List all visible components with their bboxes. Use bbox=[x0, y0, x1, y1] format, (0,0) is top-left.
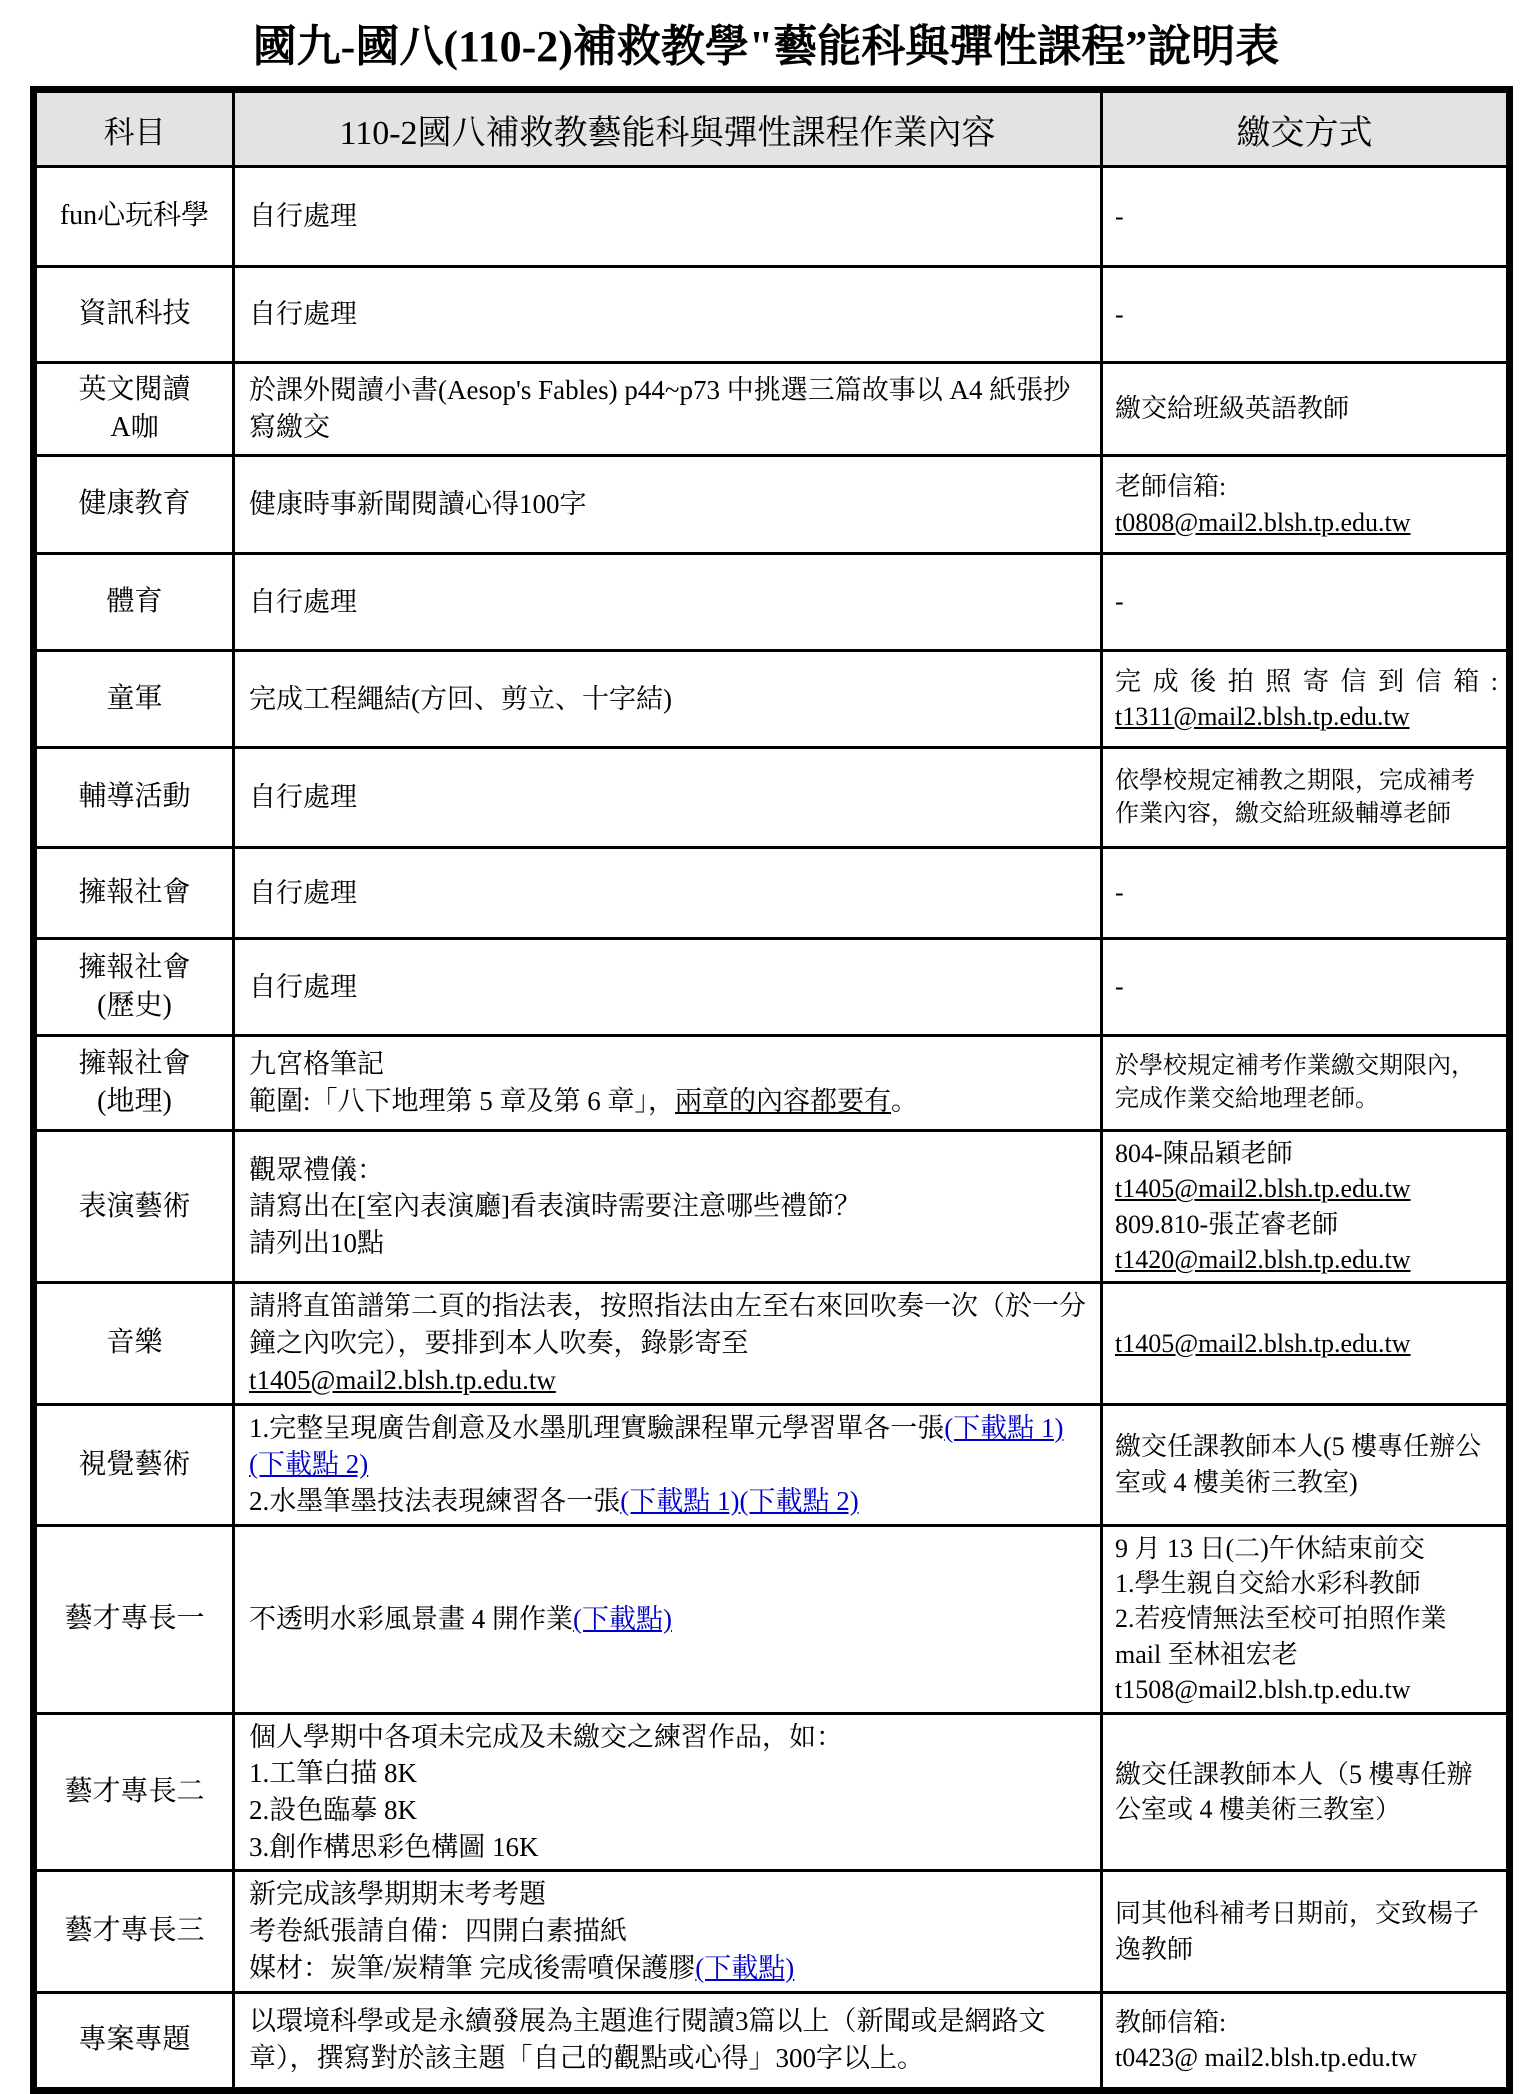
table-row: 擁報社會(地理)九宮格筆記範圍:「八下地理第 5 章及第 6 章」，兩章的內容都… bbox=[34, 1036, 1510, 1131]
text: 9 月 13 日(二)午休結束前交 bbox=[1115, 1534, 1425, 1563]
submission-cell: - bbox=[1102, 267, 1510, 363]
text-line: 擁報社會 bbox=[41, 874, 228, 912]
text-line: 自行處理 bbox=[249, 969, 1088, 1006]
text-line: (地理) bbox=[41, 1083, 228, 1121]
subject-cell: 擁報社會 bbox=[34, 848, 234, 939]
text-line: 童軍 bbox=[41, 680, 228, 718]
text: 繳交任課教師本人（5 樓專任辦公室或 4 樓美術三教室） bbox=[1115, 1760, 1473, 1824]
text-line: 媒材：炭筆/炭精筆 完成後需噴保護膠(下載點) bbox=[249, 1950, 1088, 1987]
text: 範圍:「八下地理第 5 章及第 6 章」， bbox=[249, 1086, 675, 1116]
content-cell: 新完成該學期期末考考題考卷紙張請自備：四開白素描紙媒材：炭筆/炭精筆 完成後需噴… bbox=[234, 1871, 1102, 1992]
underlined-text: 兩章的內容都要有 bbox=[675, 1086, 891, 1116]
text-line: t1508@mail2.blsh.tp.edu.tw bbox=[1115, 1672, 1498, 1707]
subject-cell: 藝才專長二 bbox=[34, 1713, 234, 1871]
subject-cell: 童軍 bbox=[34, 651, 234, 748]
text: 804-陳品穎老師 bbox=[1115, 1139, 1293, 1168]
text-line: 表演藝術 bbox=[41, 1188, 228, 1226]
text-line: 教師信箱: bbox=[1115, 2005, 1498, 2040]
download-link[interactable]: (下載點 2) bbox=[249, 1449, 368, 1479]
text: 體育 bbox=[106, 586, 162, 617]
text-line: mail 至林祖宏老 bbox=[1115, 1637, 1498, 1672]
text-line: fun心玩科學 bbox=[41, 197, 228, 235]
text: 健康教育 bbox=[78, 488, 190, 519]
text-line: 請寫出在[室內表演廳]看表演時需要注意哪些禮節？ bbox=[249, 1188, 1088, 1225]
text-line: 觀眾禮儀： bbox=[249, 1152, 1088, 1189]
text-line: 繳交給班級英語教師 bbox=[1115, 391, 1498, 426]
submission-cell: 繳交給班級英語教師 bbox=[1102, 363, 1510, 456]
text: 英文閱讀 bbox=[78, 374, 190, 405]
table-row: 資訊科技自行處理- bbox=[34, 267, 1510, 363]
text: 藝才專長二 bbox=[64, 1776, 204, 1807]
subject-cell: 健康教育 bbox=[34, 456, 234, 554]
text-line: - bbox=[1115, 875, 1498, 910]
text-line: 體育 bbox=[41, 583, 228, 621]
text-line: 2.若疫情無法至校可拍照作業 bbox=[1115, 1601, 1498, 1636]
text-line: 1.完整呈現廣告創意及水墨肌理實驗課程單元學習單各一張(下載點 1) bbox=[249, 1410, 1088, 1447]
text-line: 九宮格筆記 bbox=[249, 1046, 1088, 1083]
text-line: (下載點 2) bbox=[249, 1446, 1088, 1483]
table-row: 專案專題以環境科學或是永續發展為主題進行閱讀3篇以上（新聞或是網路文章），撰寫對… bbox=[34, 1992, 1510, 2090]
table-row: fun心玩科學自行處理- bbox=[34, 167, 1510, 267]
text-line: 自行處理 bbox=[249, 198, 1088, 235]
table-row: 輔導活動自行處理依學校規定補教之期限，完成補考作業內容，繳交給班級輔導老師 bbox=[34, 748, 1510, 848]
subject-cell: 擁報社會(歷史) bbox=[34, 939, 234, 1036]
text: 藝才專長一 bbox=[64, 1603, 204, 1634]
submission-cell: 9 月 13 日(二)午休結束前交1.學生親自交給水彩科教師2.若疫情無法至校可… bbox=[1102, 1525, 1510, 1713]
text: 1.工筆白描 8K bbox=[249, 1758, 417, 1788]
text-line: 新完成該學期期末考考題 bbox=[249, 1876, 1088, 1913]
text: t0423@ mail2.blsh.tp.edu.tw bbox=[1115, 2043, 1417, 2072]
text: 視覺藝術 bbox=[78, 1449, 190, 1480]
text-line: 自行處理 bbox=[249, 875, 1088, 912]
text-line: A咖 bbox=[41, 409, 228, 447]
text: 完成工程繩結(方回、剪立、十字結) bbox=[249, 684, 672, 714]
text-line: 音樂 bbox=[41, 1324, 228, 1362]
text: 自行處理 bbox=[249, 201, 357, 231]
content-cell: 請將直笛譜第二頁的指法表，按照指法由左至右來回吹奏一次（於一分鐘之內吹完），要排… bbox=[234, 1283, 1102, 1404]
content-cell: 1.完整呈現廣告創意及水墨肌理實驗課程單元學習單各一張(下載點 1)(下載點 2… bbox=[234, 1404, 1102, 1525]
submission-cell: 老師信箱:t0808@mail2.blsh.tp.edu.tw bbox=[1102, 456, 1510, 554]
text: 同其他科補考日期前，交致楊子逸教師 bbox=[1115, 1899, 1479, 1963]
text: 於學校規定補考作業繳交期限內，完成作業交給地理老師。 bbox=[1115, 1053, 1475, 1112]
underlined-text: t1405@mail2.blsh.tp.edu.tw bbox=[249, 1365, 556, 1395]
text: 請列出10點 bbox=[249, 1228, 384, 1258]
header-subject: 科目 bbox=[34, 90, 234, 167]
submission-cell: 依學校規定補教之期限，完成補考作業內容，繳交給班級輔導老師 bbox=[1102, 748, 1510, 848]
text-line: - bbox=[1115, 969, 1498, 1004]
text-line: (歷史) bbox=[41, 987, 228, 1025]
subject-cell: 音樂 bbox=[34, 1283, 234, 1404]
text-line: 擁報社會 bbox=[41, 949, 228, 987]
text: 3.創作構思彩色構圖 16K bbox=[249, 1832, 539, 1862]
text-line: 資訊科技 bbox=[41, 295, 228, 333]
content-cell: 於課外閱讀小書(Aesop's Fables) p44~p73 中挑選三篇故事以… bbox=[234, 363, 1102, 456]
text-line: 9 月 13 日(二)午休結束前交 bbox=[1115, 1531, 1498, 1566]
text-line: 804-陳品穎老師 bbox=[1115, 1136, 1498, 1171]
text-line: 依學校規定補教之期限，完成補考作業內容，繳交給班級輔導老師 bbox=[1115, 765, 1498, 830]
content-cell: 九宮格筆記範圍:「八下地理第 5 章及第 6 章」，兩章的內容都要有。 bbox=[234, 1036, 1102, 1131]
text-line: 專案專題 bbox=[41, 2021, 228, 2059]
table-row: 體育自行處理- bbox=[34, 554, 1510, 651]
text: (地理) bbox=[97, 1086, 172, 1117]
content-cell: 自行處理 bbox=[234, 939, 1102, 1036]
text-line: 請列出10點 bbox=[249, 1225, 1088, 1262]
submission-cell: - bbox=[1102, 554, 1510, 651]
text: 1.完整呈現廣告創意及水墨肌理實驗課程單元學習單各一張 bbox=[249, 1413, 944, 1443]
text-line: 於學校規定補考作業繳交期限內，完成作業交給地理老師。 bbox=[1115, 1050, 1498, 1115]
text: 個人學期中各項未完成及未繳交之練習作品，如： bbox=[249, 1722, 843, 1752]
text-line: 個人學期中各項未完成及未繳交之練習作品，如： bbox=[249, 1719, 1088, 1756]
underlined-text: t1405@mail2.blsh.tp.edu.tw bbox=[1115, 1329, 1410, 1358]
text-line: 輔導活動 bbox=[41, 778, 228, 816]
text: 擁報社會 bbox=[78, 1048, 190, 1079]
text-line: - bbox=[1115, 297, 1498, 332]
submission-cell: 繳交任課教師本人（5 樓專任辦公室或 4 樓美術三教室） bbox=[1102, 1713, 1510, 1871]
download-link[interactable]: (下載點 2) bbox=[739, 1486, 858, 1516]
text: mail 至林祖宏老 bbox=[1115, 1640, 1298, 1669]
subject-cell: 擁報社會(地理) bbox=[34, 1036, 234, 1131]
content-cell: 個人學期中各項未完成及未繳交之練習作品，如：1.工筆白描 8K2.設色臨摹 8K… bbox=[234, 1713, 1102, 1871]
text: 完成後拍照寄信到信箱: bbox=[1115, 667, 1498, 696]
content-cell: 自行處理 bbox=[234, 554, 1102, 651]
text-line: t0808@mail2.blsh.tp.edu.tw bbox=[1115, 505, 1498, 540]
download-link[interactable]: (下載點) bbox=[695, 1953, 794, 1983]
text: 繳交給班級英語教師 bbox=[1115, 394, 1349, 423]
text: 表演藝術 bbox=[78, 1191, 190, 1222]
subject-cell: 藝才專長一 bbox=[34, 1525, 234, 1713]
text: 媒材：炭筆/炭精筆 完成後需噴保護膠 bbox=[249, 1953, 695, 1983]
submission-cell: 完成後拍照寄信到信箱:t1311@mail2.blsh.tp.edu.tw bbox=[1102, 651, 1510, 748]
submission-cell: 同其他科補考日期前，交致楊子逸教師 bbox=[1102, 1871, 1510, 1992]
text-line: 請將直笛譜第二頁的指法表，按照指法由左至右來回吹奏一次（於一分鐘之內吹完），要排… bbox=[249, 1288, 1088, 1361]
submission-cell: 繳交任課教師本人(5 樓專任辦公室或 4 樓美術三教室) bbox=[1102, 1404, 1510, 1525]
content-cell: 健康時事新聞閱讀心得100字 bbox=[234, 456, 1102, 554]
text-line: 於課外閱讀小書(Aesop's Fables) p44~p73 中挑選三篇故事以… bbox=[249, 372, 1088, 445]
text: 自行處理 bbox=[249, 878, 357, 908]
text: 2.設色臨摹 8K bbox=[249, 1795, 417, 1825]
table-row: 藝才專長一不透明水彩風景畫 4 開作業(下載點)9 月 13 日(二)午休結束前… bbox=[34, 1525, 1510, 1713]
subject-cell: 英文閱讀A咖 bbox=[34, 363, 234, 456]
table-row: 視覺藝術1.完整呈現廣告創意及水墨肌理實驗課程單元學習單各一張(下載點 1)(下… bbox=[34, 1404, 1510, 1525]
submission-cell: 教師信箱:t0423@ mail2.blsh.tp.edu.tw bbox=[1102, 1992, 1510, 2090]
text: 音樂 bbox=[106, 1327, 162, 1358]
header-submission: 繳交方式 bbox=[1102, 90, 1510, 167]
text-line: 老師信箱: bbox=[1115, 469, 1498, 504]
text: 2.若疫情無法至校可拍照作業 bbox=[1115, 1604, 1447, 1633]
text: 809.810-張芷睿老師 bbox=[1115, 1210, 1338, 1239]
text-line: 繳交任課教師本人(5 樓專任辦公室或 4 樓美術三教室) bbox=[1115, 1429, 1498, 1500]
text-line: - bbox=[1115, 584, 1498, 619]
text: 觀眾禮儀： bbox=[249, 1155, 384, 1185]
table-row: 健康教育健康時事新聞閱讀心得100字老師信箱:t0808@mail2.blsh.… bbox=[34, 456, 1510, 554]
text: 專案專題 bbox=[78, 2024, 190, 2055]
content-cell: 觀眾禮儀：請寫出在[室內表演廳]看表演時需要注意哪些禮節？請列出10點 bbox=[234, 1131, 1102, 1283]
text: A咖 bbox=[110, 412, 158, 443]
text-line: 自行處理 bbox=[249, 296, 1088, 333]
text-line: 1.學生親自交給水彩科教師 bbox=[1115, 1566, 1498, 1601]
submission-cell: 於學校規定補考作業繳交期限內，完成作業交給地理老師。 bbox=[1102, 1036, 1510, 1131]
submission-cell: t1405@mail2.blsh.tp.edu.tw bbox=[1102, 1283, 1510, 1404]
content-cell: 自行處理 bbox=[234, 848, 1102, 939]
header-content: 110-2國八補救教藝能科與彈性課程作業內容 bbox=[234, 90, 1102, 167]
table-row: 擁報社會(歷史)自行處理- bbox=[34, 939, 1510, 1036]
download-link[interactable]: (下載點) bbox=[573, 1604, 672, 1634]
subject-cell: 輔導活動 bbox=[34, 748, 234, 848]
text: 擁報社會 bbox=[78, 952, 190, 983]
text: (歷史) bbox=[97, 990, 172, 1021]
header-row: 科目 110-2國八補救教藝能科與彈性課程作業內容 繳交方式 bbox=[34, 90, 1510, 167]
text: 老師信箱: bbox=[1115, 472, 1226, 501]
text: - bbox=[1115, 202, 1124, 231]
text-line: 809.810-張芷睿老師 bbox=[1115, 1207, 1498, 1242]
text-line: 3.創作構思彩色構圖 16K bbox=[249, 1829, 1088, 1866]
subject-cell: 藝才專長三 bbox=[34, 1871, 234, 1992]
text: 童軍 bbox=[106, 683, 162, 714]
text-line: 視覺藝術 bbox=[41, 1446, 228, 1484]
text-line: t1405@mail2.blsh.tp.edu.tw bbox=[1115, 1326, 1498, 1361]
text: 繳交任課教師本人(5 樓專任辦公室或 4 樓美術三教室) bbox=[1115, 1432, 1481, 1496]
text: 資訊科技 bbox=[78, 298, 190, 329]
text-line: 藝才專長三 bbox=[41, 1912, 228, 1950]
text: - bbox=[1115, 972, 1124, 1001]
table-row: 童軍完成工程繩結(方回、剪立、十字結)完成後拍照寄信到信箱:t1311@mail… bbox=[34, 651, 1510, 748]
text-line: t1311@mail2.blsh.tp.edu.tw bbox=[1115, 699, 1498, 734]
text: 。 bbox=[891, 1086, 918, 1116]
table-row: 表演藝術觀眾禮儀：請寫出在[室內表演廳]看表演時需要注意哪些禮節？請列出10點8… bbox=[34, 1131, 1510, 1283]
text: 自行處理 bbox=[249, 587, 357, 617]
text: 2.水墨筆墨技法表現練習各一張 bbox=[249, 1486, 620, 1516]
text-line: 自行處理 bbox=[249, 584, 1088, 621]
text: 自行處理 bbox=[249, 782, 357, 812]
text-line: 以環境科學或是永續發展為主題進行閱讀3篇以上（新聞或是網路文章），撰寫對於該主題… bbox=[249, 2003, 1088, 2076]
text: 自行處理 bbox=[249, 299, 357, 329]
text: 新完成該學期期末考考題 bbox=[249, 1879, 546, 1909]
underlined-text: t1420@mail2.blsh.tp.edu.tw bbox=[1115, 1245, 1410, 1274]
text-line: 健康教育 bbox=[41, 485, 228, 523]
submission-cell: - bbox=[1102, 848, 1510, 939]
text-line: 健康時事新聞閱讀心得100字 bbox=[249, 486, 1088, 523]
submission-cell: 804-陳品穎老師t1405@mail2.blsh.tp.edu.tw809.8… bbox=[1102, 1131, 1510, 1283]
text-line: 藝才專長二 bbox=[41, 1773, 228, 1811]
text: t1508@mail2.blsh.tp.edu.tw bbox=[1115, 1675, 1410, 1704]
subject-cell: 資訊科技 bbox=[34, 267, 234, 363]
text: fun心玩科學 bbox=[60, 200, 209, 231]
text-line: 1.工筆白描 8K bbox=[249, 1755, 1088, 1792]
text: 以環境科學或是永續發展為主題進行閱讀3篇以上（新聞或是網路文章），撰寫對於該主題… bbox=[249, 2006, 1046, 2073]
text: 考卷紙張請自備：四開白素描紙 bbox=[249, 1916, 627, 1946]
text: 不透明水彩風景畫 4 開作業 bbox=[249, 1604, 573, 1634]
text-line: t1405@mail2.blsh.tp.edu.tw bbox=[1115, 1171, 1498, 1206]
text: 依學校規定補教之期限，完成補考作業內容，繳交給班級輔導老師 bbox=[1115, 768, 1475, 827]
text: 請將直笛譜第二頁的指法表，按照指法由左至右來回吹奏一次（於一分鐘之內吹完），要排… bbox=[249, 1291, 1086, 1358]
table-row: 藝才專長三新完成該學期期末考考題考卷紙張請自備：四開白素描紙媒材：炭筆/炭精筆 … bbox=[34, 1871, 1510, 1992]
text: 於課外閱讀小書(Aesop's Fables) p44~p73 中挑選三篇故事以… bbox=[249, 375, 1070, 442]
text: 九宮格筆記 bbox=[249, 1049, 384, 1079]
text: 健康時事新聞閱讀心得100字 bbox=[249, 489, 587, 519]
text-line: t0423@ mail2.blsh.tp.edu.tw bbox=[1115, 2040, 1498, 2075]
underlined-text: t0808@mail2.blsh.tp.edu.tw bbox=[1115, 508, 1410, 537]
text-line: 不透明水彩風景畫 4 開作業(下載點) bbox=[249, 1601, 1088, 1638]
text-line: 同其他科補考日期前，交致楊子逸教師 bbox=[1115, 1896, 1498, 1967]
table-row: 音樂請將直笛譜第二頁的指法表，按照指法由左至右來回吹奏一次（於一分鐘之內吹完），… bbox=[34, 1283, 1510, 1404]
text-line: t1420@mail2.blsh.tp.edu.tw bbox=[1115, 1242, 1498, 1277]
text-line: 考卷紙張請自備：四開白素描紙 bbox=[249, 1913, 1088, 1950]
content-cell: 自行處理 bbox=[234, 748, 1102, 848]
text-line: 擁報社會 bbox=[41, 1045, 228, 1083]
content-cell: 不透明水彩風景畫 4 開作業(下載點) bbox=[234, 1525, 1102, 1713]
table-row: 英文閱讀A咖於課外閱讀小書(Aesop's Fables) p44~p73 中挑… bbox=[34, 363, 1510, 456]
text: 藝才專長三 bbox=[64, 1915, 204, 1946]
text: 擁報社會 bbox=[78, 877, 190, 908]
text-line: 藝才專長一 bbox=[41, 1600, 228, 1638]
text: 教師信箱: bbox=[1115, 2008, 1226, 2037]
subject-cell: 表演藝術 bbox=[34, 1131, 234, 1283]
assignment-table: 科目 110-2國八補救教藝能科與彈性課程作業內容 繳交方式 fun心玩科學自行… bbox=[30, 86, 1513, 2094]
subject-cell: 體育 bbox=[34, 554, 234, 651]
text-line: 英文閱讀 bbox=[41, 371, 228, 409]
text: - bbox=[1115, 300, 1124, 329]
download-link[interactable]: (下載點 1) bbox=[620, 1486, 739, 1516]
text: - bbox=[1115, 878, 1124, 907]
subject-cell: 專案專題 bbox=[34, 1992, 234, 2090]
text-line: 2.水墨筆墨技法表現練習各一張(下載點 1)(下載點 2) bbox=[249, 1483, 1088, 1520]
text: - bbox=[1115, 587, 1124, 616]
underlined-text: t1405@mail2.blsh.tp.edu.tw bbox=[1115, 1174, 1410, 1203]
subject-cell: fun心玩科學 bbox=[34, 167, 234, 267]
text-line: 2.設色臨摹 8K bbox=[249, 1792, 1088, 1829]
download-link[interactable]: (下載點 1) bbox=[944, 1413, 1063, 1443]
table-row: 擁報社會自行處理- bbox=[34, 848, 1510, 939]
content-cell: 自行處理 bbox=[234, 267, 1102, 363]
table-row: 藝才專長二個人學期中各項未完成及未繳交之練習作品，如：1.工筆白描 8K2.設色… bbox=[34, 1713, 1510, 1871]
subject-cell: 視覺藝術 bbox=[34, 1404, 234, 1525]
content-cell: 自行處理 bbox=[234, 167, 1102, 267]
submission-cell: - bbox=[1102, 167, 1510, 267]
text: 自行處理 bbox=[249, 972, 357, 1002]
text-line: 範圍:「八下地理第 5 章及第 6 章」，兩章的內容都要有。 bbox=[249, 1083, 1088, 1120]
underlined-text: t1311@mail2.blsh.tp.edu.tw bbox=[1115, 702, 1410, 731]
text: 請寫出在[室內表演廳]看表演時需要注意哪些禮節？ bbox=[249, 1191, 861, 1221]
text-line: 完成工程繩結(方回、剪立、十字結) bbox=[249, 681, 1088, 718]
page-title: 國九-國八(110-2)補救教學"藝能科與彈性課程”說明表 bbox=[0, 10, 1532, 74]
content-cell: 以環境科學或是永續發展為主題進行閱讀3篇以上（新聞或是網路文章），撰寫對於該主題… bbox=[234, 1992, 1102, 2090]
text-line: 繳交任課教師本人（5 樓專任辦公室或 4 樓美術三教室） bbox=[1115, 1757, 1498, 1828]
text-line: 完成後拍照寄信到信箱: bbox=[1115, 664, 1498, 699]
text: 輔導活動 bbox=[78, 781, 190, 812]
text: 1.學生親自交給水彩科教師 bbox=[1115, 1569, 1421, 1598]
text-line: t1405@mail2.blsh.tp.edu.tw bbox=[249, 1362, 1088, 1399]
text-line: 自行處理 bbox=[249, 779, 1088, 816]
submission-cell: - bbox=[1102, 939, 1510, 1036]
content-cell: 完成工程繩結(方回、剪立、十字結) bbox=[234, 651, 1102, 748]
text-line: - bbox=[1115, 199, 1498, 234]
